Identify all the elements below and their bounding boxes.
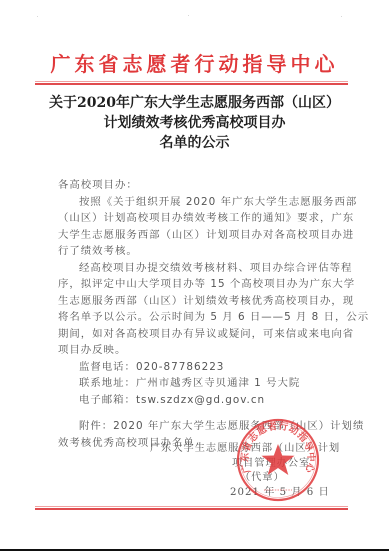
paragraph-line: 将名单予以公示。公示时间为 5 月 6 日——5 月 8 日，公示 <box>58 309 332 326</box>
official-seal-icon: 广东省志愿者行动指导中心 <box>236 418 320 502</box>
spacer <box>58 408 332 418</box>
title-line: 名单的公示 <box>0 133 389 153</box>
rule-thick-line <box>35 83 348 85</box>
contact-phone: 监督电话：020-87786223 <box>58 359 332 376</box>
paragraph-line: （山区）计划高校项目办绩效考核工作的通知》要求，广东 <box>58 210 332 227</box>
paragraph-line: 经高校项目办提交绩效考核材料、项目办综合评估等程 <box>58 260 332 277</box>
paragraph-line: 行了绩效考核。 <box>58 243 332 260</box>
paragraph-line: 生志愿服务西部（山区）计划绩效考核优秀高校项目办，现 <box>58 293 332 310</box>
document-page: 广东省志愿者行动指导中心 关于2020年广东大学生志愿服务西部（山区） 计划绩效… <box>0 0 389 551</box>
document-title: 关于2020年广东大学生志愿服务西部（山区） 计划绩效考核优秀高校项目办 名单的… <box>0 93 389 153</box>
contact-address: 联系地址：广州市越秀区寺贝通津 1 号大院 <box>58 375 332 392</box>
contact-value: tsw.szdzx@gd.gov.cn <box>136 394 265 406</box>
footer-red-rule <box>35 506 348 510</box>
rule-thin-line <box>35 506 348 507</box>
paragraph-line: 大学生志愿服务西部（山区）计划项目办对各高校项目办进 <box>58 227 332 244</box>
document-body: 各高校项目办： 按照《关于组织开展 2020 年广东大学生志愿服务西部 （山区）… <box>58 177 332 451</box>
contact-label: 联系地址： <box>79 377 136 389</box>
title-line: 关于2020年广东大学生志愿服务西部（山区） <box>0 93 389 113</box>
paragraph-line: 项目办反映。 <box>58 342 332 359</box>
contact-value: 020-87786223 <box>136 361 224 373</box>
contact-label: 监督电话： <box>79 361 136 373</box>
scan-speck <box>37 16 38 17</box>
title-line: 计划绩效考核优秀高校项目办 <box>0 113 389 133</box>
scan-speck <box>341 16 342 17</box>
contact-value: 广州市越秀区寺贝通津 1 号大院 <box>136 377 300 389</box>
salutation: 各高校项目办： <box>58 177 332 194</box>
scan-speck <box>188 15 189 16</box>
paragraph-line: 期间，如对各高校项目办有异议或疑问，可来信或来电向省 <box>58 326 332 343</box>
contact-label: 电子邮箱： <box>79 394 136 406</box>
paragraph-line: 序，拟评定中山大学项目办等 15 个高校项目办为广东大学 <box>58 276 332 293</box>
paragraph-line: 按照《关于组织开展 2020 年广东大学生志愿服务西部 <box>58 194 332 211</box>
org-header: 广东省志愿者行动指导中心 <box>0 52 389 76</box>
rule-thick-line <box>35 508 348 510</box>
contact-email: 电子邮箱：tsw.szdzx@gd.gov.cn <box>58 392 332 409</box>
header-red-rule <box>35 81 348 85</box>
rule-thin-line <box>35 81 348 82</box>
